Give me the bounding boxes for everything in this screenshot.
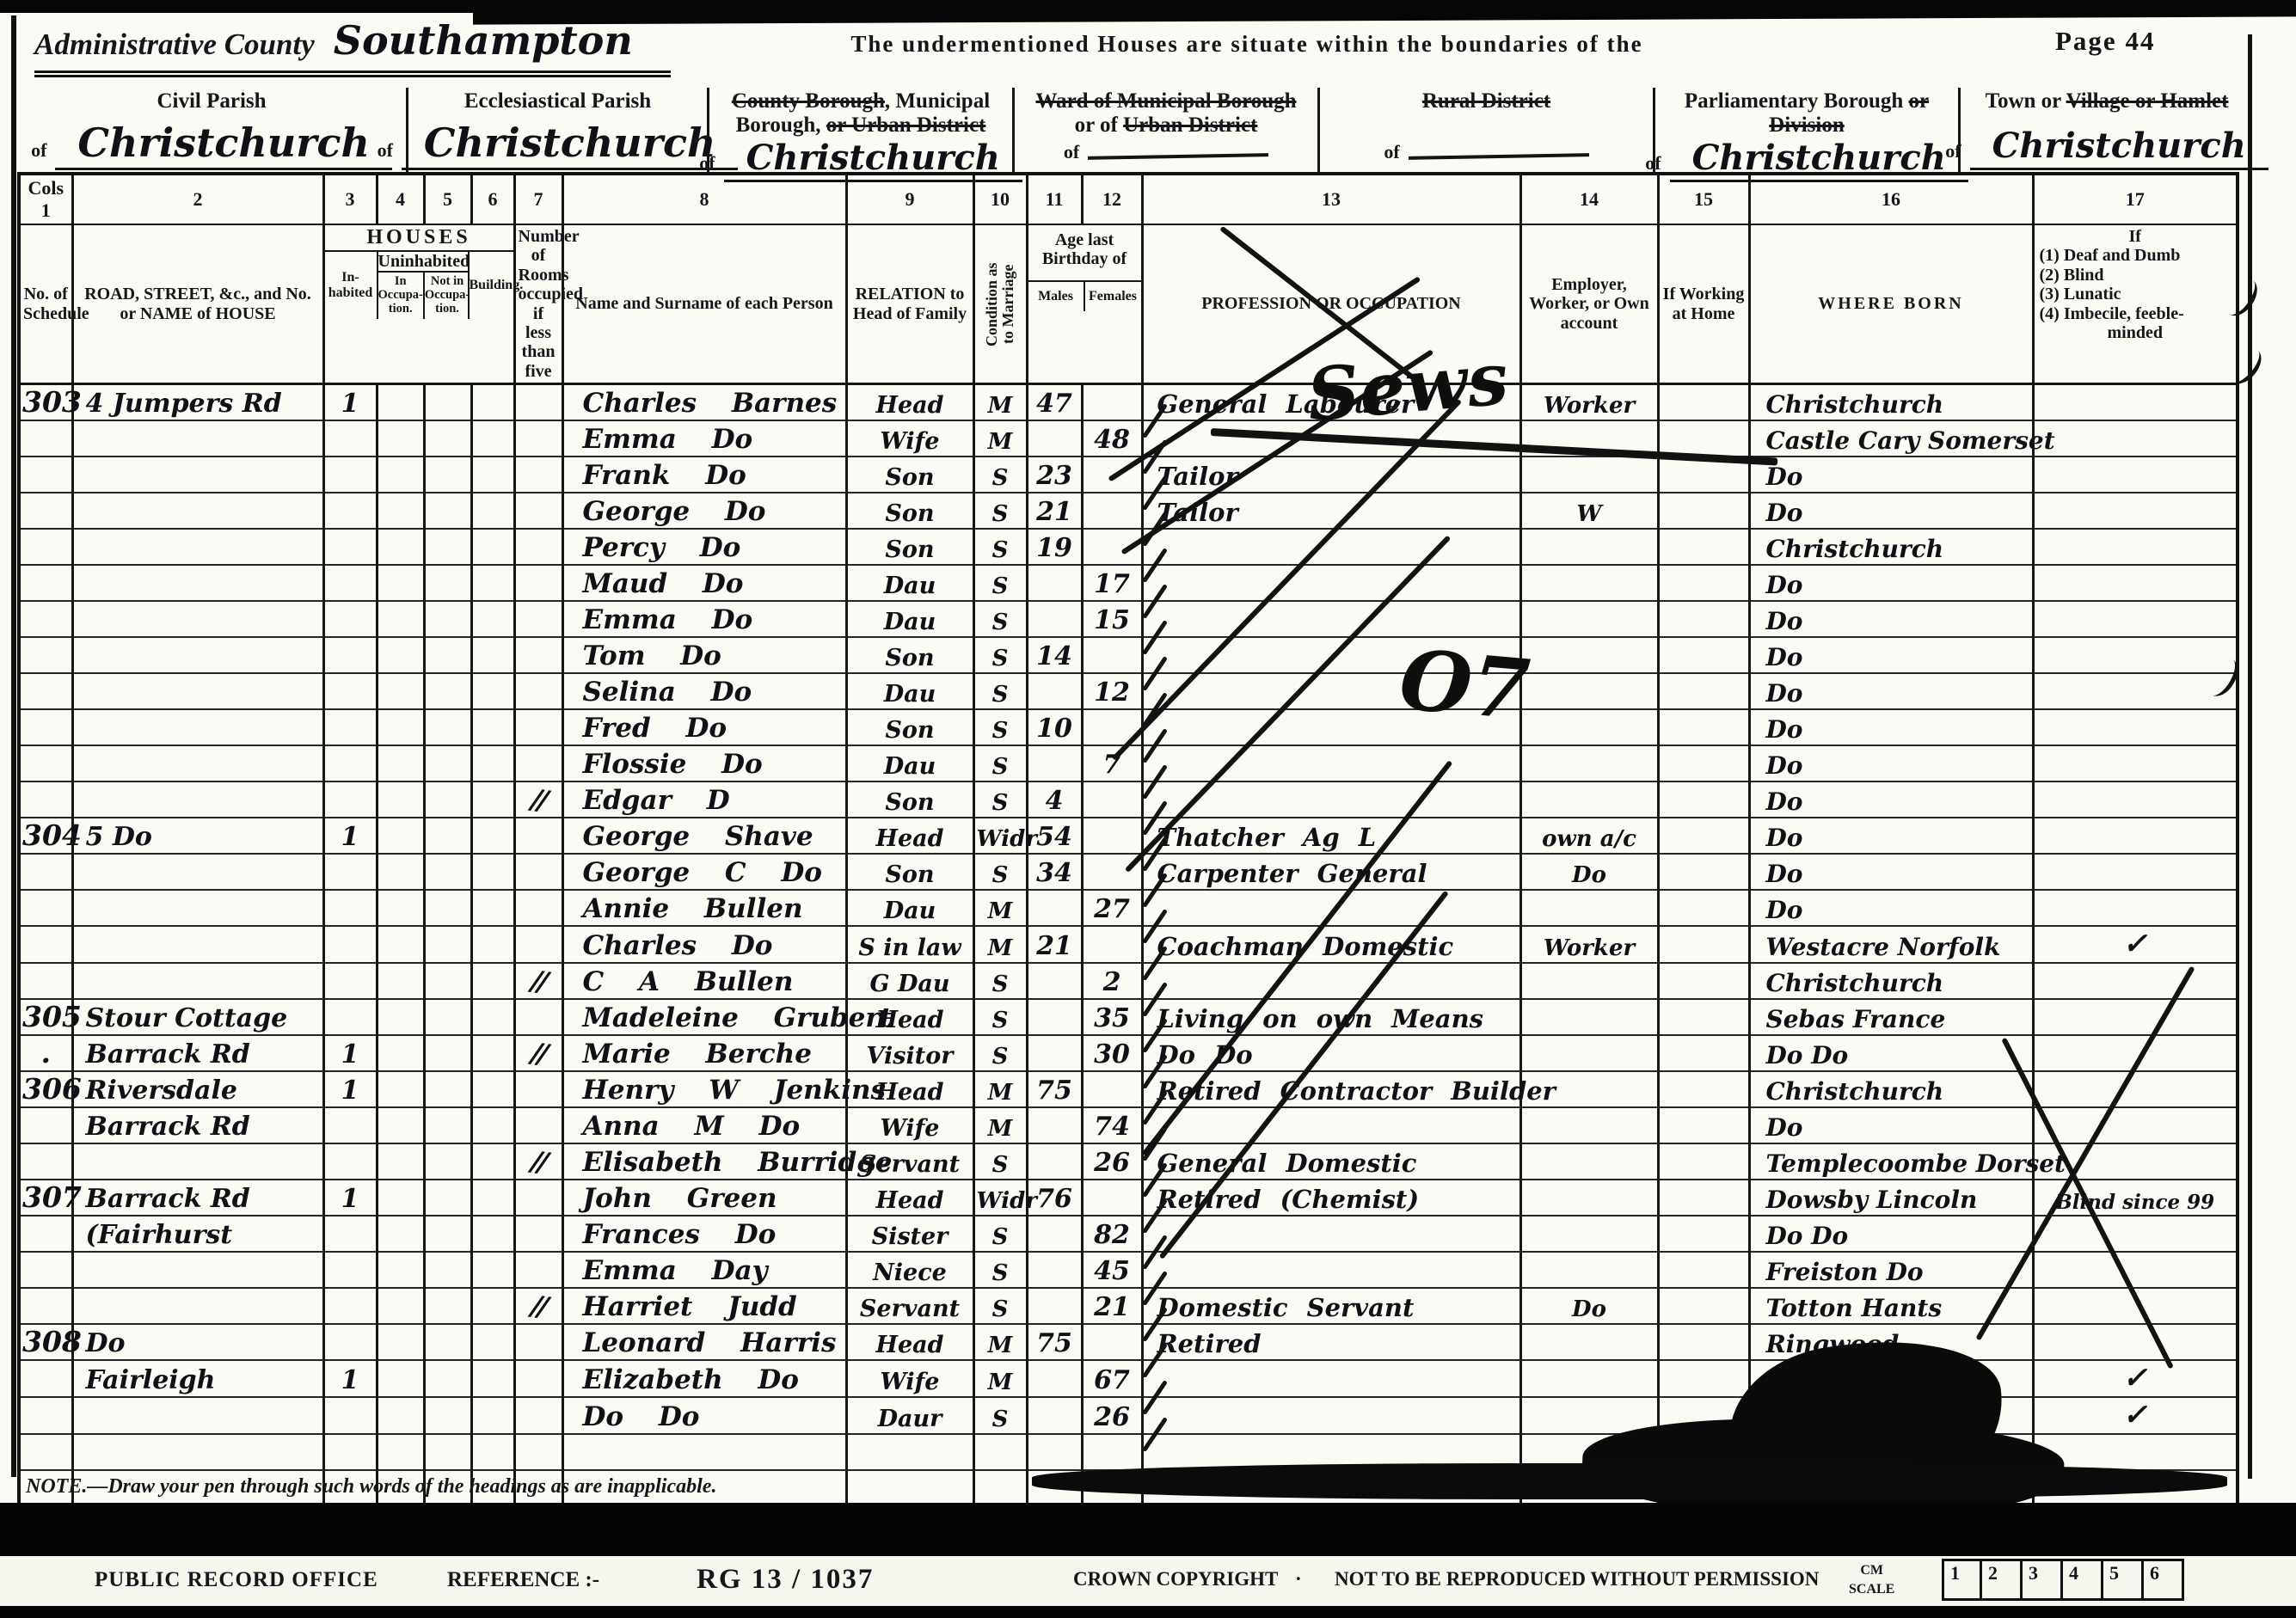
cell-m: 34 bbox=[1027, 854, 1082, 890]
cell-road bbox=[72, 854, 323, 890]
cell-home bbox=[1658, 1071, 1749, 1107]
cell-home bbox=[1658, 1107, 1749, 1143]
col-num-2: 2 bbox=[72, 174, 323, 224]
cell-occ2 bbox=[377, 493, 424, 529]
cell-emp bbox=[1520, 1216, 1658, 1252]
cell-occu bbox=[1142, 890, 1520, 926]
cell-m bbox=[1027, 601, 1082, 637]
cell-occ2 bbox=[377, 601, 424, 637]
cell-inf bbox=[2033, 709, 2238, 745]
cell-emp bbox=[1520, 781, 1658, 818]
footnote: NOTE.—Draw your pen through such words o… bbox=[26, 1475, 716, 1498]
cell-cond: S bbox=[973, 565, 1027, 601]
reference-label: REFERENCE :- bbox=[447, 1568, 599, 1592]
cell-road: Barrack Rd bbox=[72, 1107, 323, 1143]
col-num-15: 15 bbox=[1658, 174, 1749, 224]
cell-rel: Wife bbox=[846, 1360, 973, 1397]
cell-home bbox=[1658, 637, 1749, 673]
cell-occ2 bbox=[377, 818, 424, 854]
cell-name: Percy Do bbox=[562, 529, 846, 565]
cell-inh bbox=[323, 457, 377, 493]
cell-occu: General Labourer bbox=[1142, 384, 1520, 421]
cell-emp: W bbox=[1520, 493, 1658, 529]
table-row: Emma DayNieceS45Freiston Do bbox=[19, 1252, 2238, 1288]
district-header-row: Civil ParishofChristchurchEcclesiastical… bbox=[17, 88, 2253, 172]
district-label: Ward of Municipal Borough or of Urban Di… bbox=[1015, 89, 1317, 138]
cell-name: John Green bbox=[562, 1180, 846, 1216]
ruler-cm-box: 2 bbox=[1982, 1559, 2023, 1601]
cell-emp bbox=[1520, 890, 1658, 926]
col-title-in-occupation: In Occupa-tion. bbox=[378, 273, 423, 319]
cell-cond: M bbox=[973, 926, 1027, 963]
cell-cond: S bbox=[973, 963, 1027, 999]
cell-road bbox=[72, 963, 323, 999]
cell-road: 5 Do bbox=[72, 818, 323, 854]
cell-occ2 bbox=[377, 565, 424, 601]
cell-inf bbox=[2033, 854, 2238, 890]
cell-occu bbox=[1142, 420, 1520, 457]
cell-inf bbox=[2033, 1252, 2238, 1288]
cell-emp bbox=[1520, 1252, 1658, 1288]
cell-home bbox=[1658, 565, 1749, 601]
cell-emp bbox=[1520, 420, 1658, 457]
cell-born: Totton Hants bbox=[1749, 1288, 2033, 1324]
cell-home bbox=[1658, 673, 1749, 709]
cell-rooms: // bbox=[514, 1143, 562, 1180]
census-table: Cols 1 2 3 4 5 6 7 8 9 10 11 12 13 14 15… bbox=[17, 172, 2239, 1578]
cell-emp bbox=[1520, 1143, 1658, 1180]
houses-group-label: HOUSES bbox=[325, 225, 513, 252]
table-row bbox=[19, 1434, 2238, 1470]
cell-cond: S bbox=[973, 457, 1027, 493]
col-title-occupation: PROFESSION OR OCCUPATION bbox=[1142, 224, 1520, 384]
cell-cond: S bbox=[973, 1288, 1027, 1324]
cell-f: 35 bbox=[1082, 999, 1142, 1035]
table-row: Selina DoDauS12Do bbox=[19, 673, 2238, 709]
cell-born bbox=[1749, 1434, 2033, 1470]
cell-occu bbox=[1142, 963, 1520, 999]
cell-born: Christchurch bbox=[1749, 384, 2033, 421]
col-group-houses: HOUSES In-habited Uninhabited In Occupa-… bbox=[323, 224, 514, 384]
cell-inf bbox=[2033, 1107, 2238, 1143]
cell-f: 26 bbox=[1082, 1397, 1142, 1434]
table-row: //Harriet JuddServantS21Domestic Servant… bbox=[19, 1288, 2238, 1324]
cell-nocc bbox=[424, 601, 471, 637]
cell-nocc bbox=[424, 637, 471, 673]
cell-rooms bbox=[514, 1216, 562, 1252]
census-scan-page: { "header": { "admin_county_label": "Adm… bbox=[0, 0, 2296, 1618]
cell-cond bbox=[973, 1470, 1027, 1506]
cell-rooms bbox=[514, 890, 562, 926]
cell-name: Tom Do bbox=[562, 637, 846, 673]
cell-inh bbox=[323, 926, 377, 963]
cell-cond: Widr bbox=[973, 818, 1027, 854]
cell-inf bbox=[2033, 999, 2238, 1035]
cell-born: Do bbox=[1749, 1107, 2033, 1143]
cell-inf bbox=[2033, 818, 2238, 854]
cell-home bbox=[1658, 384, 1749, 421]
cell-bld bbox=[471, 384, 514, 421]
table-row: Do DoDaurS26London✓ bbox=[19, 1397, 2238, 1434]
table-row: Fred DoSonS10Do bbox=[19, 709, 2238, 745]
cell-cond: M bbox=[973, 384, 1027, 421]
district-label: Town or Village or Hamlet bbox=[1961, 89, 2253, 113]
cell-sch bbox=[19, 673, 72, 709]
cell-rel: G Dau bbox=[846, 963, 973, 999]
cell-inf bbox=[2033, 384, 2238, 421]
cell-m: 21 bbox=[1027, 493, 1082, 529]
cell-sch bbox=[19, 1252, 72, 1288]
cell-inh bbox=[323, 1434, 377, 1470]
cell-nocc bbox=[424, 709, 471, 745]
cell-name: Charles Barnes bbox=[562, 384, 846, 421]
col-num-7: 7 bbox=[514, 174, 562, 224]
cell-nocc bbox=[424, 1360, 471, 1397]
cell-nocc bbox=[424, 999, 471, 1035]
col-title-name: Name and Surname of each Person bbox=[562, 224, 846, 384]
cell-rel: Head bbox=[846, 384, 973, 421]
cell-f bbox=[1082, 1324, 1142, 1360]
cell-born: London bbox=[1749, 1397, 2033, 1434]
district-label: Ecclesiastical Parish bbox=[408, 89, 707, 113]
cell-nocc bbox=[424, 745, 471, 781]
cell-occu: Living on own Means bbox=[1142, 999, 1520, 1035]
cell-m bbox=[1027, 1216, 1082, 1252]
col-num-13: 13 bbox=[1142, 174, 1520, 224]
cell-f: 26 bbox=[1082, 1143, 1142, 1180]
cell-rel: Visitor bbox=[846, 1035, 973, 1071]
blank-entry-line bbox=[1088, 153, 1268, 160]
cell-name: Anna M Do bbox=[562, 1107, 846, 1143]
cell-f: 82 bbox=[1082, 1216, 1142, 1252]
cell-cond: S bbox=[973, 1252, 1027, 1288]
cell-occ2 bbox=[377, 745, 424, 781]
cell-nocc bbox=[424, 1143, 471, 1180]
cell-born: Do bbox=[1749, 745, 2033, 781]
cell-bld bbox=[471, 709, 514, 745]
scan-edge-left bbox=[11, 15, 16, 1477]
cell-m bbox=[1027, 1252, 1082, 1288]
cell-nocc bbox=[424, 854, 471, 890]
cell-name: Annie Bullen bbox=[562, 890, 846, 926]
cell-bld bbox=[471, 781, 514, 818]
cell-inh bbox=[323, 601, 377, 637]
cell-m: 4 bbox=[1027, 781, 1082, 818]
district-value: Christchurch bbox=[402, 120, 739, 170]
cell-occu: Coachman Domestic bbox=[1142, 926, 1520, 963]
cell-home bbox=[1658, 420, 1749, 457]
cell-nocc bbox=[424, 529, 471, 565]
cell-born: Do bbox=[1749, 493, 2033, 529]
cell-occu: Retired bbox=[1142, 1324, 1520, 1360]
cell-road bbox=[72, 529, 323, 565]
district-box: Ecclesiastical ParishofChristchurch bbox=[408, 88, 709, 172]
cell-bld bbox=[471, 565, 514, 601]
cell-sch bbox=[19, 1107, 72, 1143]
cell-f bbox=[1082, 926, 1142, 963]
cell-rel: Dau bbox=[846, 601, 973, 637]
cell-occ2 bbox=[377, 890, 424, 926]
cell-cond: S bbox=[973, 854, 1027, 890]
cell-inh bbox=[323, 637, 377, 673]
table-row: //Edgar DSonS4Do bbox=[19, 781, 2238, 818]
cell-road bbox=[72, 493, 323, 529]
table-row: Flossie DoDauS7Do bbox=[19, 745, 2238, 781]
cell-sch bbox=[19, 1397, 72, 1434]
cell-f: 7 bbox=[1082, 745, 1142, 781]
cell-name: Elizabeth Do bbox=[562, 1360, 846, 1397]
cell-inf bbox=[2033, 637, 2238, 673]
cell-occ2 bbox=[377, 999, 424, 1035]
cell-sch: . bbox=[19, 1035, 72, 1071]
cell-home bbox=[1658, 926, 1749, 963]
cell-bld bbox=[471, 818, 514, 854]
cell-name: Emma Do bbox=[562, 601, 846, 637]
cell-f bbox=[1082, 529, 1142, 565]
cell-m bbox=[1027, 1035, 1082, 1071]
table-row: //Elisabeth BurridgeServantS26General Do… bbox=[19, 1143, 2238, 1180]
cell-inf bbox=[2033, 565, 2238, 601]
cell-occu bbox=[1142, 601, 1520, 637]
cell-occ2 bbox=[377, 1035, 424, 1071]
cell-rel: S in law bbox=[846, 926, 973, 963]
cell-occu bbox=[1142, 745, 1520, 781]
cell-emp bbox=[1520, 565, 1658, 601]
cell-sch bbox=[19, 926, 72, 963]
cell-inf bbox=[2033, 1071, 2238, 1107]
cell-m bbox=[1027, 890, 1082, 926]
cell-emp: Do bbox=[1520, 1288, 1658, 1324]
cell-rel: Son bbox=[846, 709, 973, 745]
district-box: Rural Districtof bbox=[1320, 88, 1655, 172]
cell-home bbox=[1658, 457, 1749, 493]
cell-inf bbox=[2033, 1470, 2238, 1506]
cell-cond: S bbox=[973, 673, 1027, 709]
cell-born: Christchurch bbox=[1749, 963, 2033, 999]
cell-inh bbox=[323, 565, 377, 601]
cell-sch: 305 bbox=[19, 999, 72, 1035]
cell-inh bbox=[323, 781, 377, 818]
cell-occ2 bbox=[377, 529, 424, 565]
cell-inf bbox=[2033, 1216, 2238, 1252]
cm-ruler: 123456 bbox=[1942, 1559, 2184, 1601]
ruler-cm-box: 5 bbox=[2103, 1559, 2144, 1601]
cell-sch bbox=[19, 1216, 72, 1252]
cell-cond: S bbox=[973, 1397, 1027, 1434]
cell-f bbox=[1082, 781, 1142, 818]
cell-cond: S bbox=[973, 999, 1027, 1035]
cell-emp bbox=[1520, 745, 1658, 781]
table-row: Tom DoSonS14Do bbox=[19, 637, 2238, 673]
cell-m bbox=[1027, 1288, 1082, 1324]
district-box: Civil ParishofChristchurch bbox=[17, 88, 408, 172]
cell-name: Emma Day bbox=[562, 1252, 846, 1288]
cell-inf: ✓ bbox=[2033, 1360, 2238, 1397]
cell-home bbox=[1658, 1288, 1749, 1324]
cell-born: Do bbox=[1749, 818, 2033, 854]
cell-f: 17 bbox=[1082, 565, 1142, 601]
cell-m bbox=[1027, 745, 1082, 781]
cell-sch bbox=[19, 890, 72, 926]
cell-occ2 bbox=[377, 1360, 424, 1397]
cell-cond bbox=[973, 1434, 1027, 1470]
table-row: 308DoLeonard HarrisHeadM75RetiredRingwoo… bbox=[19, 1324, 2238, 1360]
cell-sch bbox=[19, 565, 72, 601]
col-group-age: Age last Birthday of Males Females bbox=[1027, 224, 1142, 384]
cell-nocc bbox=[424, 1216, 471, 1252]
cell-name bbox=[562, 1434, 846, 1470]
blank-entry-line bbox=[1409, 153, 1589, 160]
cell-born: Sebas France bbox=[1749, 999, 2033, 1035]
cell-rel: Niece bbox=[846, 1252, 973, 1288]
cell-f bbox=[1082, 709, 1142, 745]
cell-rel: Son bbox=[846, 457, 973, 493]
cell-name: Do Do bbox=[562, 1397, 846, 1434]
cell-m: 75 bbox=[1027, 1324, 1082, 1360]
cell-rel: Son bbox=[846, 529, 973, 565]
cell-home bbox=[1658, 709, 1749, 745]
cell-occu: Retired (Chemist) bbox=[1142, 1180, 1520, 1216]
col-title-not-in-occupation: Not in Occupa-tion. bbox=[423, 273, 470, 319]
cell-born: Dowsby Lincoln bbox=[1749, 1180, 2033, 1216]
cell-cond: S bbox=[973, 1143, 1027, 1180]
cell-occ2 bbox=[377, 709, 424, 745]
cell-occu bbox=[1142, 1470, 1520, 1506]
cell-road bbox=[72, 1288, 323, 1324]
cell-occu: Thatcher Ag L bbox=[1142, 818, 1520, 854]
cell-bld bbox=[471, 890, 514, 926]
cell-nocc bbox=[424, 926, 471, 963]
table-row: 3034 Jumpers Rd1Charles BarnesHeadM47Gen… bbox=[19, 384, 2238, 421]
cell-name: C A Bullen bbox=[562, 963, 846, 999]
cell-born: Christchurch bbox=[1749, 529, 2033, 565]
col-num-1: Cols 1 bbox=[19, 174, 72, 224]
cell-cond: M bbox=[973, 1360, 1027, 1397]
cell-home bbox=[1658, 745, 1749, 781]
cell-f bbox=[1082, 384, 1142, 421]
cell-rooms bbox=[514, 818, 562, 854]
cell-born: Do bbox=[1749, 673, 2033, 709]
reproduction-notice: NOT TO BE REPRODUCED WITHOUT PERMISSION bbox=[1335, 1568, 1819, 1590]
cell-name: Elisabeth Burridge bbox=[562, 1143, 846, 1180]
cell-m bbox=[1027, 1397, 1082, 1434]
houses-statement: The undermentioned Houses are situate wi… bbox=[817, 31, 1677, 58]
record-office-label: PUBLIC RECORD OFFICE bbox=[95, 1568, 378, 1592]
cell-inh bbox=[323, 673, 377, 709]
cell-f bbox=[1082, 637, 1142, 673]
column-numbers-row: Cols 1 2 3 4 5 6 7 8 9 10 11 12 13 14 15… bbox=[19, 174, 2238, 224]
table-row: //C A BullenG DauS2Christchurch bbox=[19, 963, 2238, 999]
cell-road: 4 Jumpers Rd bbox=[72, 384, 323, 421]
cell-inf bbox=[2033, 745, 2238, 781]
cell-emp: Do bbox=[1520, 854, 1658, 890]
cell-sch: 308 bbox=[19, 1324, 72, 1360]
cell-nocc bbox=[424, 673, 471, 709]
cell-sch bbox=[19, 493, 72, 529]
cell-road bbox=[72, 1143, 323, 1180]
cell-name: Frances Do bbox=[562, 1216, 846, 1252]
cell-bld bbox=[471, 1360, 514, 1397]
cell-f: 12 bbox=[1082, 673, 1142, 709]
cell-rel: Servant bbox=[846, 1288, 973, 1324]
cell-bld bbox=[471, 1324, 514, 1360]
cell-home bbox=[1658, 1470, 1749, 1506]
cell-bld bbox=[471, 1397, 514, 1434]
cell-m: 47 bbox=[1027, 384, 1082, 421]
cell-rooms bbox=[514, 637, 562, 673]
col-title-condition: Condition as to Marriage bbox=[973, 224, 1027, 384]
cell-sch bbox=[19, 601, 72, 637]
cell-occ2 bbox=[377, 420, 424, 457]
cell-inf bbox=[2033, 963, 2238, 999]
cell-inh bbox=[323, 963, 377, 999]
reference-value: RG 13 / 1037 bbox=[697, 1564, 874, 1596]
cell-rel: Sister bbox=[846, 1216, 973, 1252]
cell-inh bbox=[323, 1288, 377, 1324]
cell-road bbox=[72, 420, 323, 457]
cell-road bbox=[72, 601, 323, 637]
cell-road bbox=[72, 565, 323, 601]
cell-m: 10 bbox=[1027, 709, 1082, 745]
table-row: Annie BullenDauM27Do bbox=[19, 890, 2238, 926]
cell-inf bbox=[2033, 673, 2238, 709]
cell-bld bbox=[471, 1252, 514, 1288]
cell-home bbox=[1658, 1216, 1749, 1252]
table-row: Barrack RdAnna M DoWifeM74Do bbox=[19, 1107, 2238, 1143]
col-title-inhabited: In-habited bbox=[325, 252, 377, 319]
cell-name: George Shave bbox=[562, 818, 846, 854]
cell-road: Barrack Rd bbox=[72, 1180, 323, 1216]
cell-inh bbox=[323, 854, 377, 890]
cell-f: 27 bbox=[1082, 890, 1142, 926]
cell-occ2 bbox=[377, 637, 424, 673]
table-row: .Barrack Rd1//Marie BercheVisitorS30Do D… bbox=[19, 1035, 2238, 1071]
cell-name: George Do bbox=[562, 493, 846, 529]
cell-inh bbox=[323, 999, 377, 1035]
cell-cond: S bbox=[973, 1216, 1027, 1252]
cell-bld bbox=[471, 745, 514, 781]
cell-occu bbox=[1142, 1252, 1520, 1288]
district-box: Town or Village or HamletofChristchurch bbox=[1961, 88, 2253, 172]
cell-emp bbox=[1520, 1035, 1658, 1071]
col-num-12: 12 bbox=[1082, 174, 1142, 224]
cell-home bbox=[1658, 1252, 1749, 1288]
cell-cond: Widr bbox=[973, 1180, 1027, 1216]
cell-occ2 bbox=[377, 1288, 424, 1324]
cell-rooms bbox=[514, 601, 562, 637]
cell-sch: 303 bbox=[19, 384, 72, 421]
cell-inh: 1 bbox=[323, 1035, 377, 1071]
cell-road bbox=[72, 926, 323, 963]
cell-cond: M bbox=[973, 1324, 1027, 1360]
cell-name: Emma Do bbox=[562, 420, 846, 457]
cell-inh bbox=[323, 1252, 377, 1288]
cell-cond: S bbox=[973, 1035, 1027, 1071]
cell-occu bbox=[1142, 565, 1520, 601]
separator-dot: · bbox=[1295, 1568, 1302, 1590]
cell-bld bbox=[471, 1143, 514, 1180]
cell-inh: 1 bbox=[323, 1360, 377, 1397]
cell-road: Stour Cottage bbox=[72, 999, 323, 1035]
district-box: Parliamentary Borough or DivisionofChris… bbox=[1655, 88, 1961, 172]
cell-inh bbox=[323, 709, 377, 745]
cell-home bbox=[1658, 1434, 1749, 1470]
cell-occu: Do Do bbox=[1142, 1035, 1520, 1071]
cell-m: 75 bbox=[1027, 1071, 1082, 1107]
administrative-county: Administrative County Southampton bbox=[34, 17, 671, 77]
cell-sch: 306 bbox=[19, 1071, 72, 1107]
cell-inf bbox=[2033, 781, 2238, 818]
